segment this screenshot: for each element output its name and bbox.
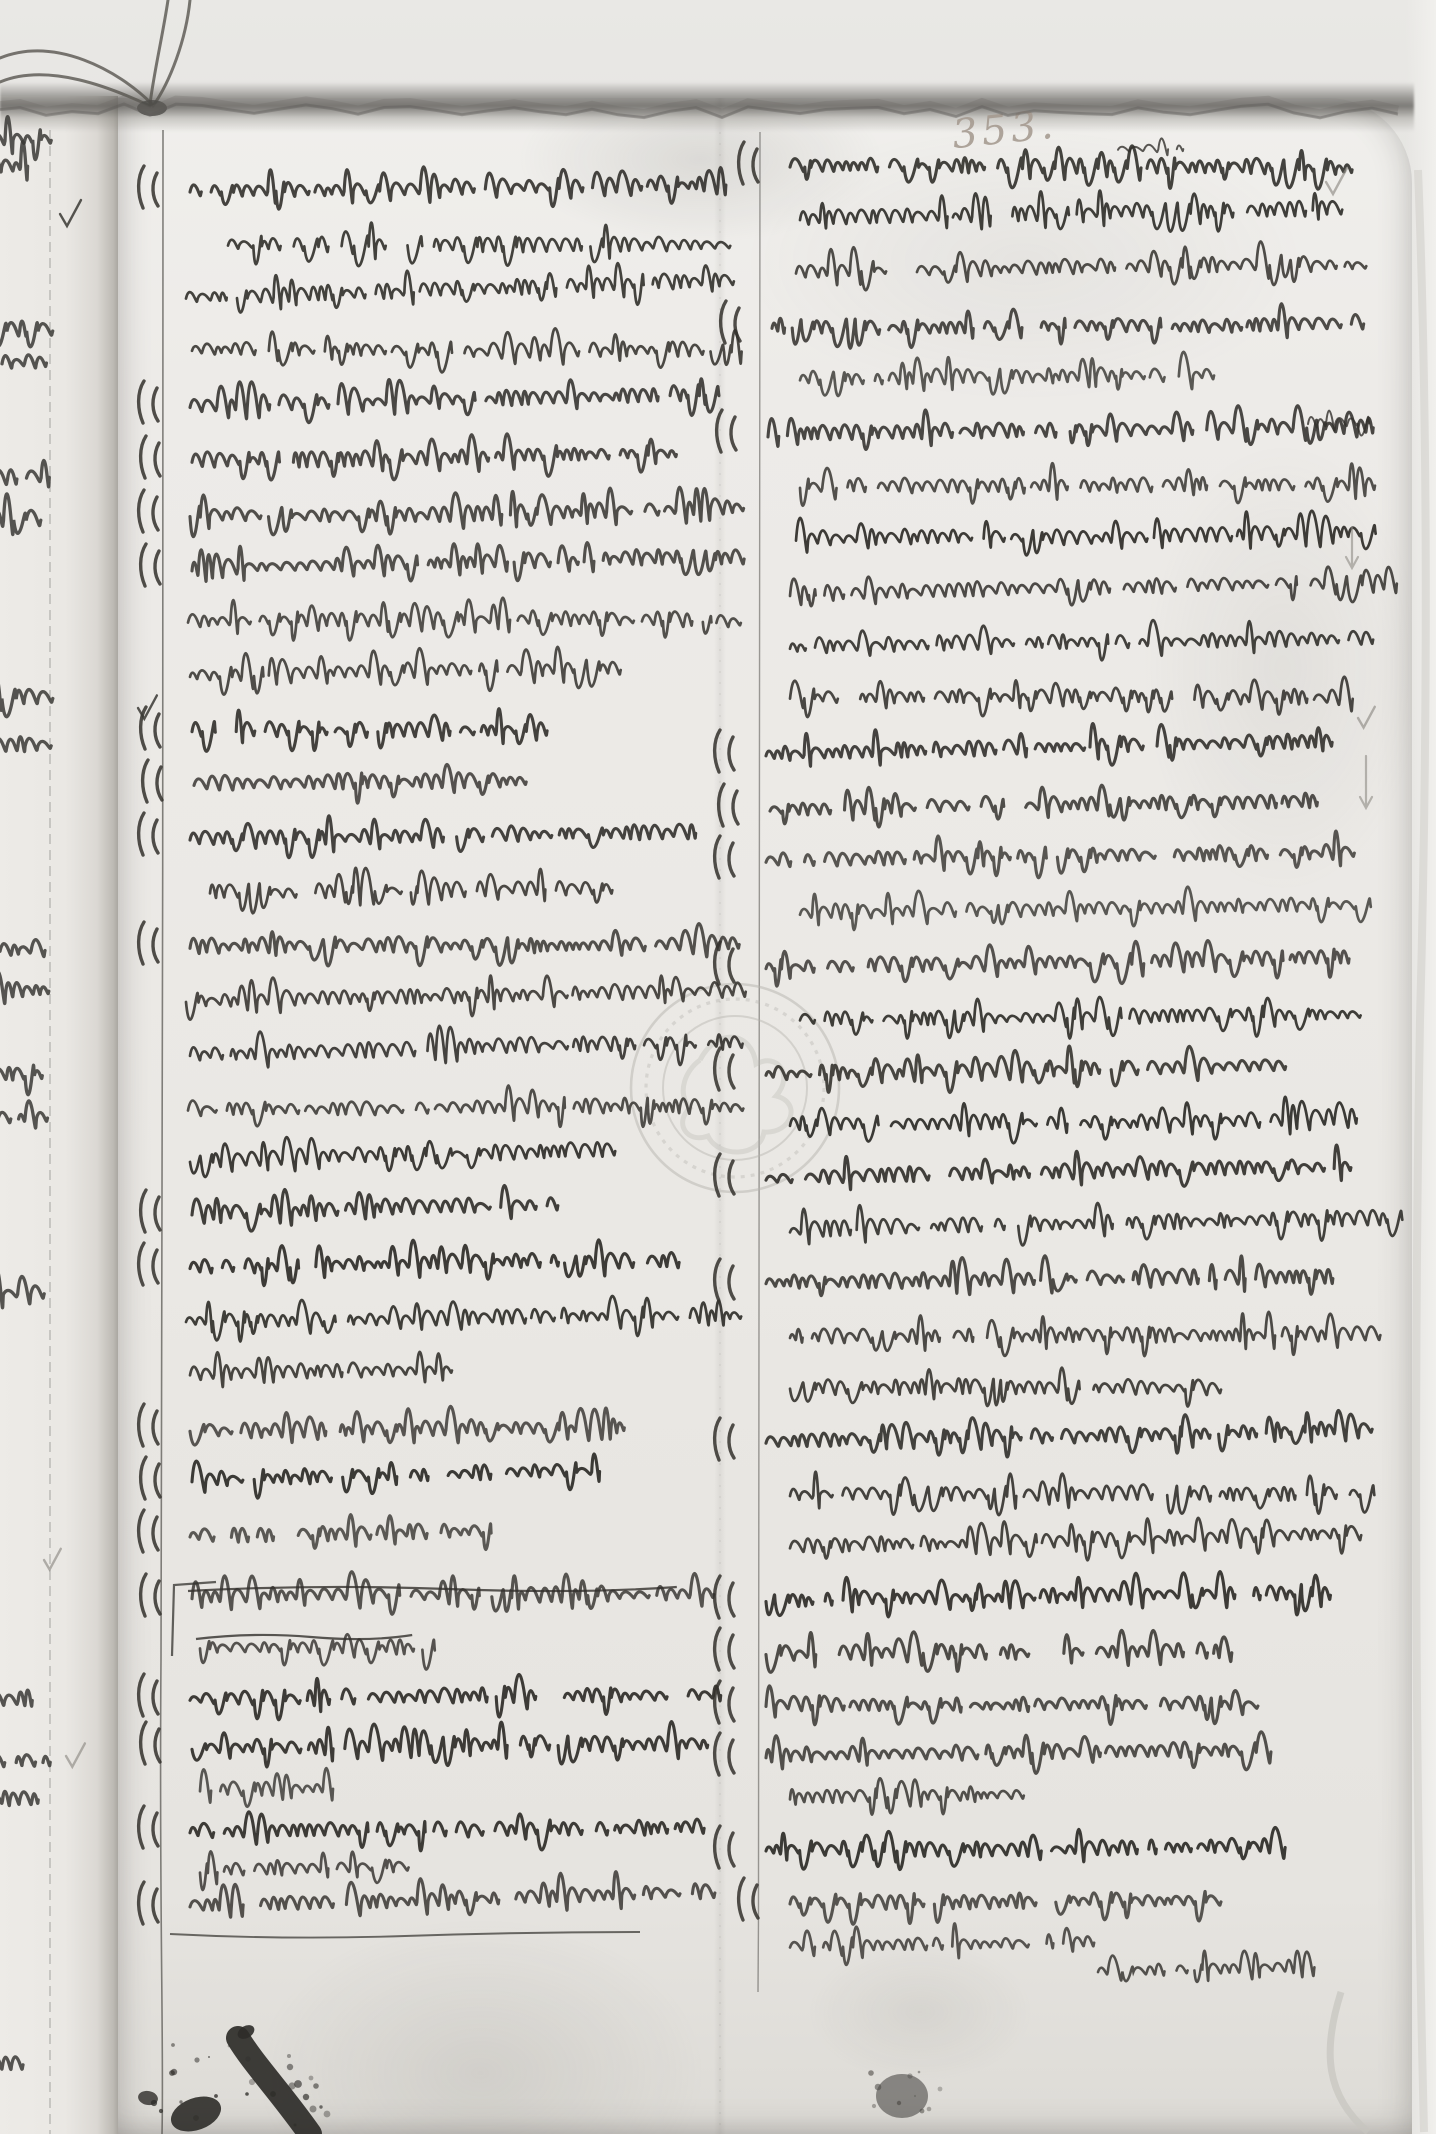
ink-speckle: [287, 2064, 293, 2070]
entry-item-mark: [139, 922, 158, 964]
entry-item-mark: [715, 1048, 734, 1090]
column2-handwriting-line: [800, 887, 1371, 931]
column1-handwriting-line: [190, 378, 719, 423]
entry-underline: [170, 1932, 640, 1938]
column1-handwriting-line: [192, 434, 676, 480]
column1-handwriting-line: [192, 1185, 558, 1231]
entry-item-mark: [141, 707, 160, 749]
check-mark: [66, 1743, 85, 1766]
column1-handwriting-line: [192, 1454, 613, 1499]
entry-item-mark: [139, 1243, 158, 1285]
ink-speckle: [214, 2094, 218, 2098]
column2-handwriting-line: [800, 351, 1239, 397]
column1-handwriting-line: [190, 647, 621, 695]
down-arrow-mark: [1360, 756, 1372, 808]
entry-item-mark: [715, 942, 734, 984]
column1-handwriting-line: [192, 325, 742, 375]
column2-handwriting-line: [766, 1686, 1258, 1728]
ink-speckle: [245, 2056, 250, 2061]
column1-handwriting-line: [190, 1674, 721, 1721]
entry-item-mark: [721, 301, 740, 343]
previous-page-text-fragment: [2, 355, 46, 368]
column1-handwriting-line: [188, 1083, 744, 1130]
ink-speckle: [313, 2083, 319, 2089]
ink-speckle: [868, 2070, 874, 2076]
column2-handwriting-line: [790, 1472, 1375, 1518]
column2-handwriting-line: [790, 673, 1353, 721]
column2-handwriting-line: [766, 1251, 1333, 1300]
entry-item-mark: [719, 784, 738, 826]
column2-handwriting-line: [790, 1516, 1362, 1564]
handwriting-layer: [0, 0, 1436, 2134]
summary-note: [1098, 1951, 1314, 1982]
column2-handwriting-line: [766, 831, 1355, 880]
column2-handwriting-line: [766, 1626, 1232, 1677]
entry-item-mark: [715, 1733, 734, 1775]
ink-speckle: [875, 2084, 882, 2091]
interlinear-insert: [1118, 138, 1183, 155]
column2-handwriting-line: [768, 405, 1373, 451]
previous-page-text-fragment: [0, 1101, 48, 1128]
column1-handwriting-line: [190, 1871, 715, 1918]
ink-speckle: [171, 2043, 175, 2047]
entry-item-mark: [715, 1681, 734, 1723]
ink-speckle: [897, 2101, 901, 2105]
entry-item-mark: [139, 1882, 158, 1924]
column1-handwriting-line: [190, 1404, 625, 1449]
entry-item-mark: [139, 1674, 158, 1716]
column2-handwriting-line: [790, 1307, 1381, 1359]
column1-handwriting-line: [200, 1768, 333, 1807]
column1-handwriting-line: [190, 1811, 704, 1852]
column1-handwriting-line: [188, 595, 741, 645]
ink-speckle: [872, 2104, 876, 2108]
library-stamp-emblem: [683, 1037, 791, 1152]
column1-handwriting-line: [192, 542, 744, 582]
entry-item-mark: [715, 1259, 734, 1301]
strikethrough-line: [196, 1635, 412, 1639]
column2-handwriting-line: [766, 1824, 1293, 1873]
column2-handwriting-line: [790, 1923, 1094, 1964]
previous-page-text-fragment: [0, 321, 53, 347]
column2-handwriting-line: [790, 1891, 1221, 1924]
column2-handwriting-line: [790, 1097, 1357, 1144]
check-mark: [60, 200, 81, 226]
entry-item-mark: [141, 436, 160, 478]
ink-speckle: [245, 2092, 249, 2096]
ink-speckle: [294, 2124, 297, 2127]
entry-item-mark: [141, 544, 160, 586]
column1-handwriting-line: [228, 221, 731, 270]
entry-item-mark: [739, 142, 758, 184]
column1-handwriting-line: [190, 920, 748, 969]
column2-handwriting-line: [800, 996, 1361, 1039]
entry-item-mark: [715, 1826, 734, 1868]
column2-handwriting-line: [790, 566, 1397, 608]
column1-handwriting-line: [190, 487, 744, 538]
entry-item-mark: [141, 1190, 160, 1232]
column1-handwriting-line: [192, 1719, 714, 1769]
ink-speckle: [151, 2100, 157, 2106]
ink-speckle: [319, 2105, 322, 2108]
entry-item-mark: [141, 1722, 160, 1764]
check-mark: [44, 1549, 61, 1570]
column2-handwriting-line: [790, 1201, 1403, 1247]
column2-handwriting-line: [766, 1568, 1331, 1621]
previous-page-text-fragment: [0, 940, 45, 957]
entry-item-mark: [141, 1457, 160, 1499]
ink-speckle: [918, 2071, 921, 2074]
column2-handwriting-line: [790, 619, 1373, 661]
column1-handwriting-line: [190, 167, 739, 210]
column1-handwriting-line: [190, 1134, 616, 1177]
ink-speckle: [194, 2057, 199, 2062]
ink-speckle: [303, 2094, 309, 2100]
column2-handwriting-line: [766, 940, 1349, 986]
previous-page-text-fragment: [0, 494, 41, 535]
column2-handwriting-line: [766, 1729, 1271, 1775]
column2-handwriting-line: [766, 1045, 1286, 1093]
ink-speckle: [228, 2045, 231, 2048]
column1-handwriting-line: [190, 1238, 679, 1287]
entry-item-mark: [139, 1404, 158, 1446]
column2-handwriting-line: [790, 142, 1353, 191]
column1-handwriting-line: [190, 1513, 491, 1550]
corner-curl-crease: [1330, 1992, 1368, 2132]
column1-handwriting-line: [210, 867, 613, 915]
ink-speckle: [287, 2054, 291, 2058]
ink-speckle: [171, 2069, 177, 2075]
entry-item-mark: [139, 490, 158, 532]
column2-handwriting-line: [800, 457, 1375, 512]
check-mark: [1358, 707, 1375, 728]
previous-page-text-fragment: [0, 460, 49, 486]
previous-page-text-fragment: [0, 1271, 44, 1308]
ink-speckle: [179, 2100, 182, 2103]
manuscript-scan: 353.: [0, 0, 1436, 2134]
column1-handwriting-line: [194, 764, 526, 804]
ink-speckle: [193, 2115, 199, 2121]
page-right-edge-crease: [1416, 170, 1426, 2132]
previous-page-text-fragment: [0, 1690, 32, 1706]
column1-handwriting-line: [190, 1350, 452, 1388]
ink-speckle: [159, 2109, 163, 2113]
ink-speckle: [938, 2087, 943, 2092]
previous-page-text-fragment: [0, 117, 60, 160]
column2-handwriting-line: [790, 1778, 1024, 1815]
ink-speckle: [927, 2107, 932, 2112]
entry-item-mark: [139, 381, 158, 423]
previous-page-text-fragment: [0, 737, 51, 752]
entry-item-mark: [715, 1628, 734, 1670]
column1-handwriting-line: [192, 706, 547, 753]
ink-speckle: [914, 2095, 916, 2097]
entry-item-mark: [143, 760, 162, 802]
column2-handwriting-line: [800, 190, 1342, 232]
column2-handwriting-line: [796, 508, 1387, 557]
ink-speckle: [270, 2091, 276, 2097]
column1-handwriting-line: [186, 262, 734, 313]
entry-item-mark: [139, 813, 158, 855]
previous-page-text-fragment: [0, 1791, 38, 1805]
ink-speckle: [310, 2106, 317, 2113]
ink-speckle: [249, 2079, 255, 2085]
column2-handwriting-line: [766, 1410, 1373, 1459]
column1-handwriting-line: [190, 1024, 743, 1068]
ink-speckle: [208, 2056, 210, 2058]
column2-handwriting-line: [790, 1365, 1221, 1409]
entry-item-mark: [715, 836, 734, 878]
entry-item-mark: [739, 1878, 758, 1920]
column2-handwriting-line: [772, 304, 1364, 349]
entry-item-mark: [715, 1576, 734, 1618]
column1-margin-rule: [161, 130, 164, 2134]
column1-handwriting-line: [200, 1849, 409, 1890]
column1-handwriting-line: [190, 815, 696, 859]
column1-handwriting-line: [192, 1570, 714, 1616]
previous-page-text-fragment: [0, 678, 53, 717]
previous-page-text-fragment: [0, 2057, 36, 2070]
previous-page-text-fragment: [0, 1755, 50, 1767]
entry-item-mark: [139, 1510, 158, 1552]
ink-speckle: [907, 2073, 912, 2078]
ink-speckle: [294, 2080, 302, 2088]
column2-handwriting-line: [796, 241, 1367, 291]
entry-item-mark: [715, 730, 734, 772]
column1-handwriting-line: [186, 1293, 741, 1344]
previous-page-text-fragment: [0, 971, 49, 1003]
entry-item-mark: [141, 1574, 160, 1616]
column2-handwriting-line: [766, 723, 1332, 767]
column2-handwriting-line: [766, 1145, 1351, 1190]
entry-item-mark: [139, 1806, 158, 1848]
ink-speckle: [309, 2076, 314, 2081]
ink-speckle: [920, 2109, 925, 2114]
entry-item-mark: [715, 1418, 734, 1460]
ink-speckle: [324, 2111, 331, 2118]
entry-item-mark: [139, 166, 158, 208]
previous-page-text-fragment: [0, 1065, 42, 1095]
column2-handwriting-line: [770, 785, 1318, 828]
